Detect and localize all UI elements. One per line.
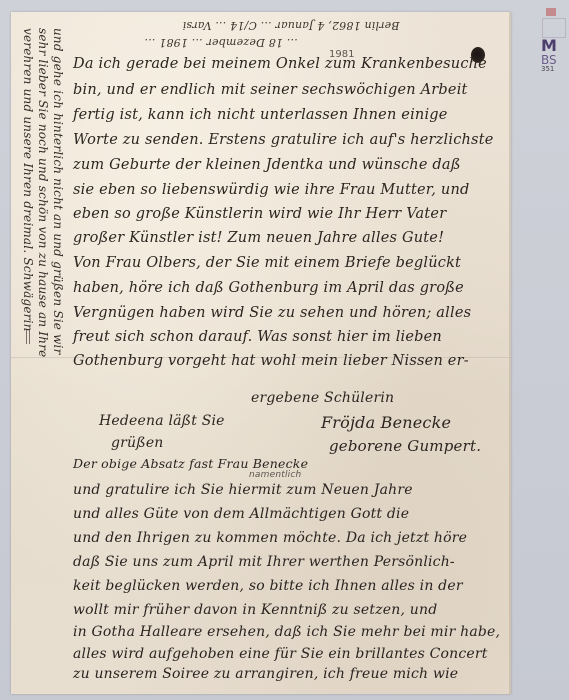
upside-down-header-line-1: Berlin 1862, 4 Januar ... C/14 ... Varsi	[121, 19, 461, 32]
valediction: ergebene Schülerin	[251, 390, 394, 406]
margin-note-column-1: und gehe ich hinterlich nicht an und grü…	[51, 28, 65, 355]
postscript-line-6: keit beglücken werden, so bitte ich Ihne…	[73, 578, 463, 594]
postscript-line-9: alles wird aufgehoben eine für Sie ein b…	[73, 646, 488, 662]
right-edge-fold	[509, 12, 511, 694]
letter-line-13: Gothenburg vorgeht hat wohl mein lieber …	[73, 353, 469, 369]
postscript-line-10: zu unserem Soiree zu arrangiren, ich fre…	[73, 666, 458, 682]
archive-stamp-letter-m: M	[541, 38, 569, 54]
archive-stamp-number: 351	[541, 66, 569, 73]
archive-stamp-box	[542, 18, 566, 38]
letter-line-2: bin, und er endlich mit seiner sechswöch…	[73, 82, 468, 98]
margin-double-rule	[26, 330, 30, 344]
letter-line-1: Da ich gerade bei meinem Onkel zum Krank…	[73, 56, 487, 72]
aside-greeting-line-1: Hedeena läßt Sie	[99, 413, 225, 429]
letter-line-7: eben so große Künstlerin wird wie Ihr He…	[73, 206, 446, 222]
aside-greeting-line-2: grüßen	[111, 435, 164, 451]
postscript-inline-note: namentlich	[249, 470, 301, 480]
letter-line-3: fertig ist, kann ich nicht unterlassen I…	[73, 107, 448, 123]
postscript-line-3: und alles Güte von dem Allmächtigen Gott…	[73, 506, 409, 522]
letter-line-12: freut sich schon darauf. Was sonst hier …	[73, 329, 442, 345]
signature-name: Fröjda Benecke	[321, 413, 451, 432]
letter-line-11: Vergnügen haben wird Sie zu sehen und hö…	[73, 305, 471, 321]
margin-note-column-3: verehren und unsere Ihren dreimal. Schwä…	[21, 28, 35, 332]
postscript-line-1: Der obige Absatz fast Frau Benecke	[73, 456, 308, 471]
signature-maiden-name: geborene Gumpert.	[329, 437, 481, 455]
letter-line-8: großer Künstler ist! Zum neuen Jahre all…	[73, 230, 444, 246]
archive-red-tab	[546, 8, 556, 16]
letter-line-6: sie eben so liebenswürdig wie ihre Frau …	[73, 182, 470, 198]
postscript-line-7: wollt mir früher davon in Kenntniß zu se…	[73, 602, 437, 618]
archive-stamp: M BS 351	[541, 38, 569, 73]
letter-line-9: Von Frau Olbers, der Sie mit einem Brief…	[73, 255, 461, 271]
upside-down-header-line-2: ... 18 Dezember ... 1981 ...	[61, 36, 381, 49]
postscript-line-5: daß Sie uns zum April mit Ihrer werthen …	[73, 554, 455, 570]
postscript-line-2: und gratulire ich Sie hiermit zum Neuen …	[73, 482, 413, 498]
margin-note-column-2: sehr lieber Sie noch und schön von zu ha…	[36, 28, 50, 357]
letter-line-4: Worte zu senden. Erstens gratulire ich a…	[73, 132, 494, 148]
postscript-line-4: und den Ihrigen zu kommen möchte. Da ich…	[73, 530, 467, 546]
letter-sheet: Berlin 1862, 4 Januar ... C/14 ... Varsi…	[11, 12, 511, 694]
letter-line-10: haben, höre ich daß Gothenburg im April …	[73, 280, 464, 296]
postscript-line-8: in Gotha Halleare ersehen, daß ich Sie m…	[73, 624, 500, 640]
letter-line-5: zum Geburte der kleinen Jdentka und wüns…	[73, 157, 461, 173]
